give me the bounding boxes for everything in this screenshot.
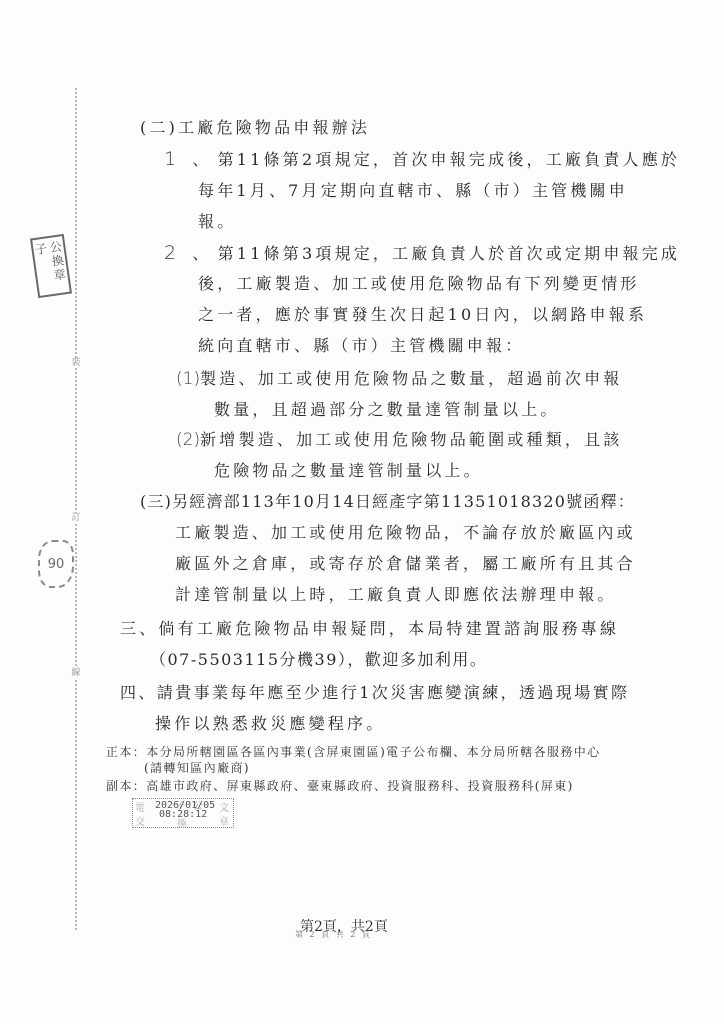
subitem-1-line-2: 數量，且超過部分之數量達管制量以上。	[214, 400, 560, 420]
item-1-sep: 、	[192, 150, 211, 169]
item-2-line-1: 2 、第11條第3項規定，工廠負責人於首次或定期申報完成	[164, 243, 680, 264]
section-3-line-3: 廠區外之倉庫，或寄存於倉儲業者，屬工廠所有且其合	[175, 554, 636, 574]
section-3-line-4: 計達管制量以上時，工廠負責人即應依法辦理申報。	[175, 585, 617, 605]
original-recipients-line-2: (請轉知區內廠商)	[144, 761, 250, 776]
point-3-line-1: 三、倘有工廠危險物品申報疑問，本局特建置諮詢服務專線	[120, 619, 619, 639]
point-4-text: 請貴事業每年應至少進行1次災害應變演練，透過現場實際	[157, 683, 630, 702]
subitem-2-line-2: 危險物品之數量達管制量以上。	[214, 461, 483, 481]
stamp-bg-char: 電	[135, 799, 145, 814]
item-1-number: 1	[164, 148, 176, 170]
item-2-text: 第11條第3項規定，工廠負責人於首次或定期申報完成	[218, 244, 681, 263]
page-seal-number: 90	[48, 557, 65, 572]
subitem-2-line-1: (2)新增製造、加工或使用危險物品範圍或種類，且該	[176, 430, 623, 450]
subitem-1-label: (1)	[176, 369, 200, 389]
item-2-number: 2	[164, 242, 176, 264]
point-3-line-2: （07-5503115分機39），歡迎多加利用。	[150, 650, 487, 670]
item-2-line-4: 統向直轄市、縣（市）主管機關申報：	[198, 336, 524, 356]
point-4-line-1: 四、請貴事業每年應至少進行1次災害應變演練，透過現場實際	[120, 683, 629, 703]
section-3-heading: (三)	[140, 492, 172, 511]
copy-recipients-text: 高雄市政府、屏東縣政府、臺東縣政府、投資服務科、投資服務科(屏東)	[146, 779, 574, 793]
stamp-bg-char: 章	[219, 813, 229, 828]
binding-label-xian: 線	[70, 668, 82, 678]
copy-label: 副本：	[106, 779, 146, 793]
electronic-exchange-stamp: 電 子 公 文 交 換 章 2026/01/05 08:28:12	[132, 798, 234, 828]
stamp-bg-char: 文	[219, 799, 229, 814]
section-3-line-2: 工廠製造、加工或使用危險物品，不論存放於廠區內或	[175, 523, 636, 543]
subitem-1-text: 製造、加工或使用危險物品之數量，超過前次申報	[200, 369, 622, 388]
page-number-small: 第 2 頁 共 2 頁	[295, 929, 372, 940]
item-2-line-3: 之一者，應於事實發生次日起10日內，以網路申報系	[198, 305, 647, 325]
point-3-text: 倘有工廠危險物品申報疑問，本局特建置諮詢服務專線	[158, 619, 619, 638]
binding-label-ding: 訂	[70, 513, 82, 523]
binding-label-zhuang: 裝	[70, 358, 82, 368]
binding-dotted-line	[75, 88, 77, 930]
original-label: 正本：	[106, 745, 146, 759]
page-seal-stamp: 90	[38, 540, 74, 588]
subitem-2-text: 新增製造、加工或使用危險物品範圍或種類，且該	[200, 430, 622, 449]
seal-char: 子	[34, 241, 48, 257]
subitem-2-label: (2)	[176, 430, 200, 450]
section-3-line-1: (三)另經濟部113年10月14日經產字第11351018320號函釋：	[140, 492, 635, 512]
item-2-line-2: 後，工廠製造、加工或使用危險物品有下列變更情形	[198, 274, 640, 294]
seal-char: 章	[53, 267, 67, 283]
subitem-1-line-1: (1)製造、加工或使用危險物品之數量，超過前次申報	[176, 369, 623, 389]
item-1-line-1: 1 、第11條第2項規定，首次申報完成後，工廠負責人應於	[164, 149, 680, 170]
item-1-line-2: 每年1月、7月定期向直轄市、縣（市）主管機關申	[198, 181, 628, 201]
document-page: 裝 訂 線 子 公 換 章 90 (二)工廠危險物品申報辦法 1 、第11條第2…	[0, 0, 724, 1024]
item-1-line-3: 報。	[198, 212, 236, 232]
section-3-text: 另經濟部113年10月14日經產字第11351018320號函釋：	[172, 492, 635, 511]
point-4-label: 四、	[120, 683, 157, 702]
item-1-text: 第11條第2項規定，首次申報完成後，工廠負責人應於	[218, 150, 681, 169]
copy-recipients-line: 副本：高雄市政府、屏東縣政府、臺東縣政府、投資服務科、投資服務科(屏東)	[106, 779, 574, 794]
original-recipients-line-1: 正本：本分局所轄園區各區內事業(含屏東園區)電子公布欄、本分局所轄各服務中心	[106, 745, 601, 760]
stamp-time: 08:28:12	[159, 810, 207, 820]
item-2-sep: 、	[192, 244, 211, 263]
original-recipients-text: 本分局所轄園區各區內事業(含屏東園區)電子公布欄、本分局所轄各服務中心	[146, 745, 600, 759]
point-4-line-2: 操作以熟悉救災應變程序。	[155, 714, 385, 734]
section-2-heading: (二)工廠危險物品申報辦法	[140, 118, 370, 138]
exchange-seal-stamp: 子 公 換 章	[30, 234, 72, 298]
point-3-label: 三、	[120, 619, 158, 638]
stamp-bg-char: 交	[135, 813, 145, 828]
